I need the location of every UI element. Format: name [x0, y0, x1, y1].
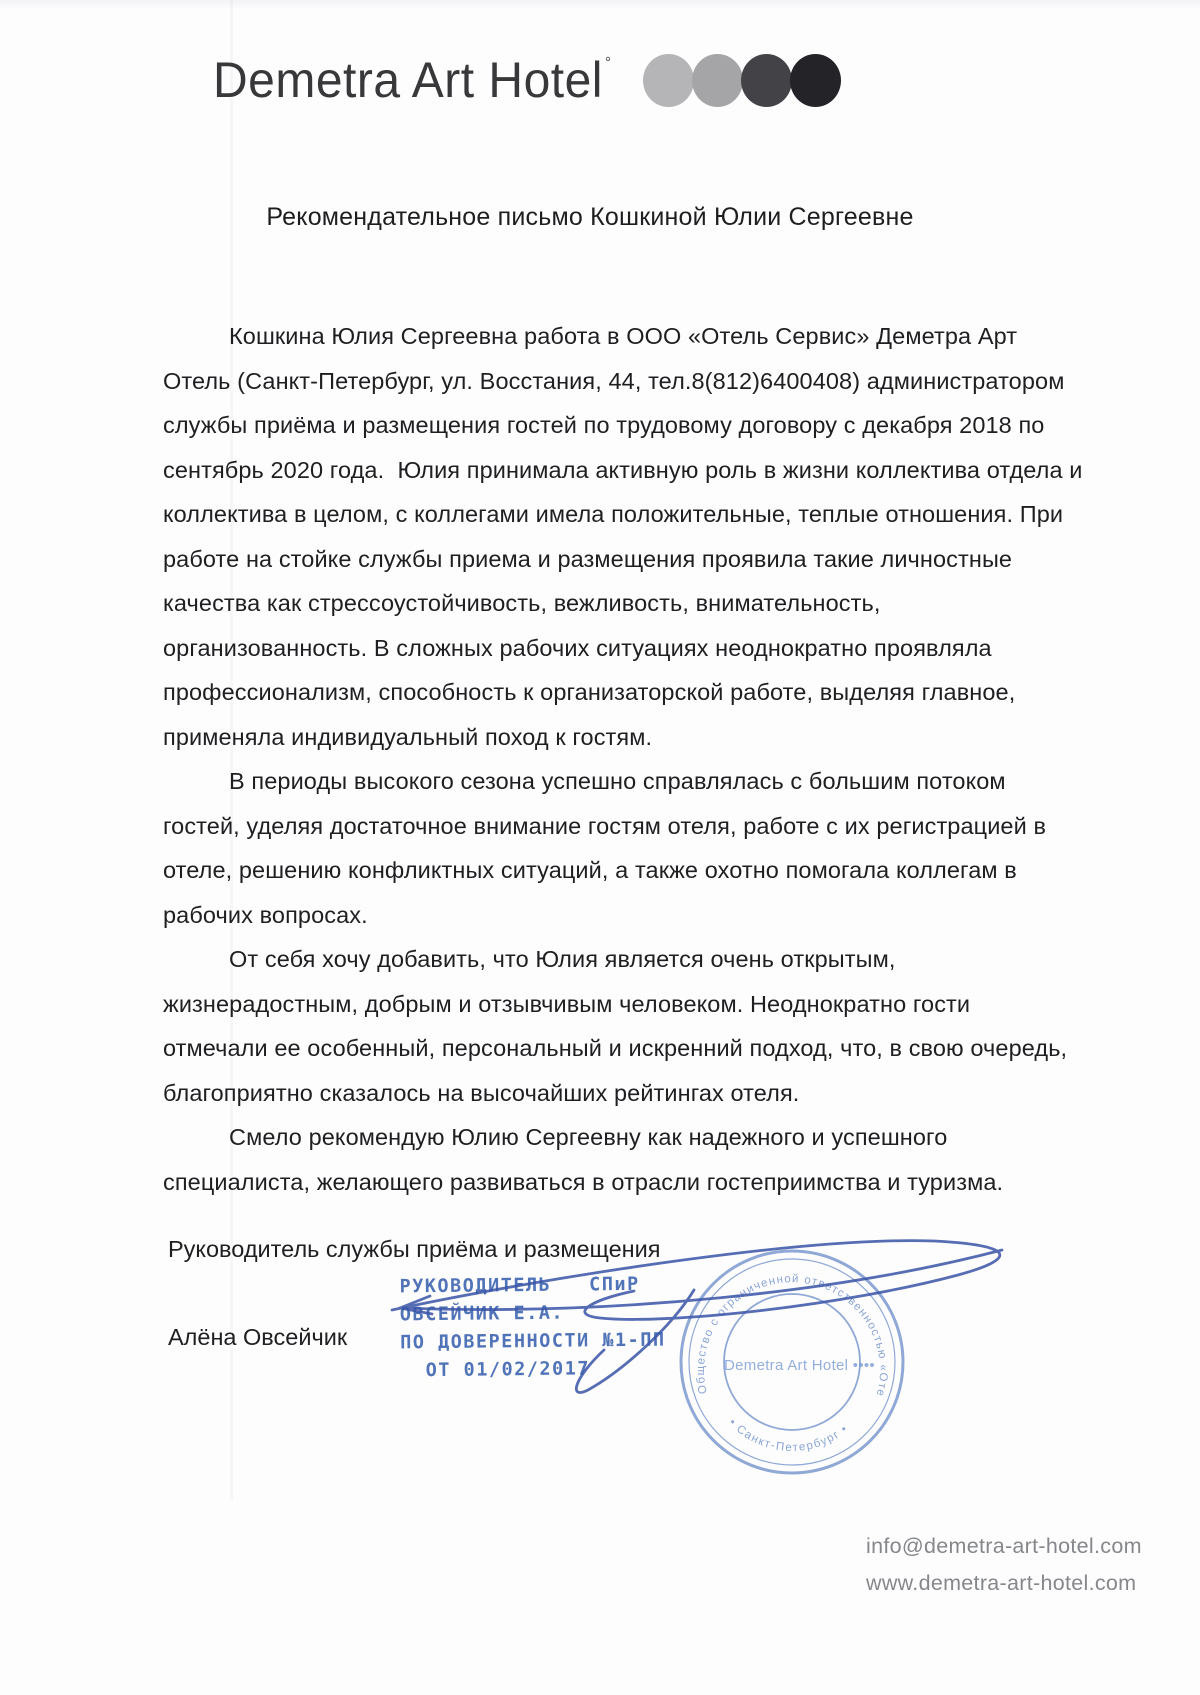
signature-loop: [392, 1241, 1000, 1320]
paragraph-3: От себя хочу добавить, что Юлия является…: [163, 937, 1173, 1115]
logo-dot-1-icon: [643, 54, 694, 107]
seal-bottom-text: • Санкт-Петербург •: [726, 1417, 850, 1454]
letter-title: Рекомендательное письмо Кошкиной Юлии Се…: [0, 203, 1180, 232]
logo-dot-2-icon: [692, 54, 743, 107]
hotel-logo-name: Demetra Art Hotel: [213, 52, 603, 108]
logo-dot-4-icon: [790, 54, 841, 107]
signature-ink: [372, 1228, 1032, 1418]
signoff-name-line: Алёна Овсейчик: [168, 1324, 347, 1351]
paragraph-4: Смело рекомендую Юлию Сергеевну как наде…: [163, 1115, 1173, 1204]
hotel-logo: Demetra Art Hotel°: [213, 48, 841, 112]
footer-contacts: info@demetra-art-hotel.com www.demetra-a…: [866, 1528, 1142, 1602]
paragraph-1: Кошкина Юлия Сергеевна работа в ООО «Оте…: [163, 314, 1173, 759]
logo-dots: [645, 54, 841, 107]
logo-dot-3-icon: [741, 54, 792, 107]
paragraph-2: В периоды высокого сезона успешно справл…: [163, 759, 1173, 937]
footer-email: info@demetra-art-hotel.com: [866, 1528, 1142, 1565]
trademark-mark: °: [605, 53, 612, 71]
letter-body: Кошкина Юлия Сергеевна работа в ООО «Оте…: [163, 314, 1173, 1204]
scanned-letter-page: Demetra Art Hotel° Рекомендательное пись…: [0, 0, 1200, 1695]
scan-shadow: [0, 0, 1200, 10]
footer-website: www.demetra-art-hotel.com: [866, 1565, 1142, 1602]
hotel-logo-text: Demetra Art Hotel°: [213, 51, 611, 109]
